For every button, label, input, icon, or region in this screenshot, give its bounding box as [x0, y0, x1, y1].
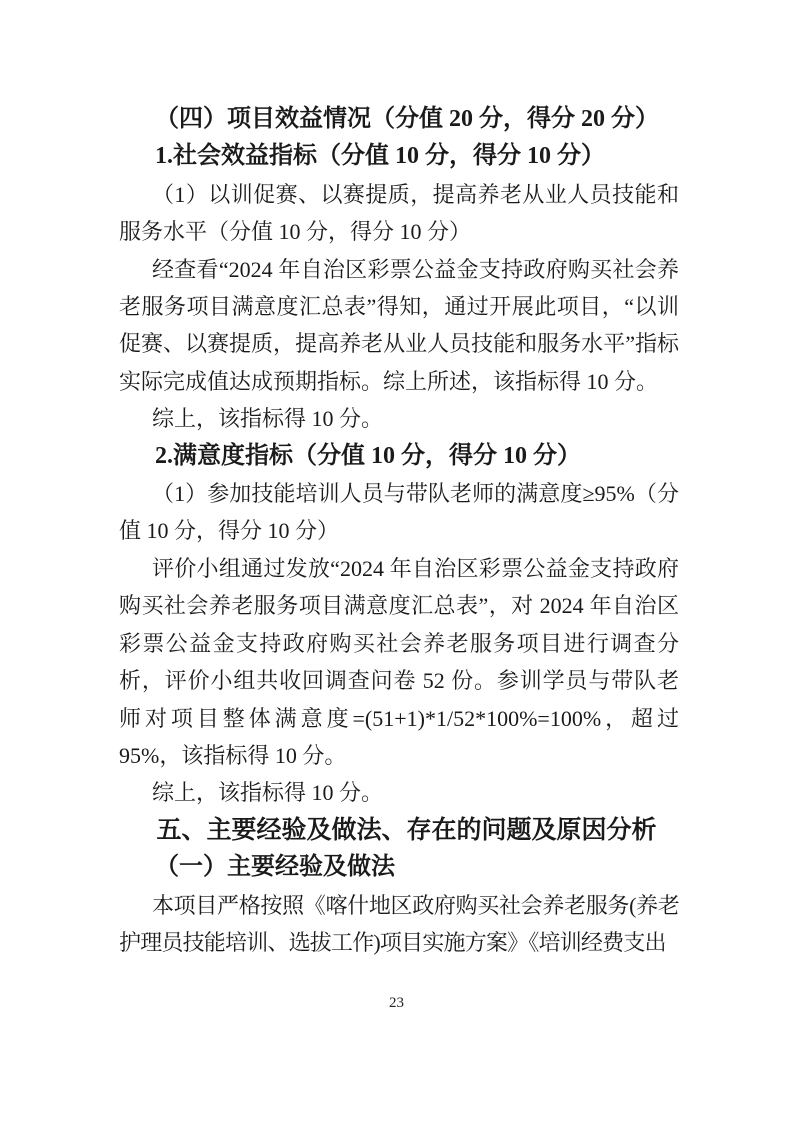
- section-heading: （一）主要经验及做法: [119, 849, 679, 886]
- doc-paragraph: （1）参加技能培训人员与带队老师的满意度≥95%（分值 10 分，得分 10 分…: [119, 475, 679, 550]
- page-number: 23: [0, 995, 793, 1012]
- doc-paragraph: 评价小组通过发放“2024 年自治区彩票公益金支持政府购买社会养老服务项目满意度…: [119, 550, 679, 774]
- doc-paragraph: 经查看“2024 年自治区彩票公益金支持政府购买社会养老服务项目满意度汇总表”得…: [119, 251, 679, 401]
- document-page: （四）项目效益情况（分值 20 分，得分 20 分） 1.社会效益指标（分值 1…: [0, 0, 793, 1122]
- doc-paragraph: 本项目严格按照《喀什地区政府购买社会养老服务(养老护理员技能培训、选拔工作)项目…: [119, 887, 679, 962]
- subsection-heading: 2.满意度指标（分值 10 分，得分 10 分）: [119, 438, 679, 475]
- doc-paragraph: 综上，该指标得 10 分。: [119, 400, 679, 437]
- chapter-heading: 五、主要经验及做法、存在的问题及原因分析: [119, 812, 679, 849]
- page-content: （四）项目效益情况（分值 20 分，得分 20 分） 1.社会效益指标（分值 1…: [119, 101, 679, 961]
- doc-paragraph: （1）以训促赛、以赛提质，提高养老从业人员技能和服务水平（分值 10 分，得分 …: [119, 176, 679, 251]
- doc-paragraph: 综上，该指标得 10 分。: [119, 774, 679, 811]
- subsection-heading: 1.社会效益指标（分值 10 分，得分 10 分）: [119, 138, 679, 175]
- section-heading: （四）项目效益情况（分值 20 分，得分 20 分）: [119, 101, 679, 138]
